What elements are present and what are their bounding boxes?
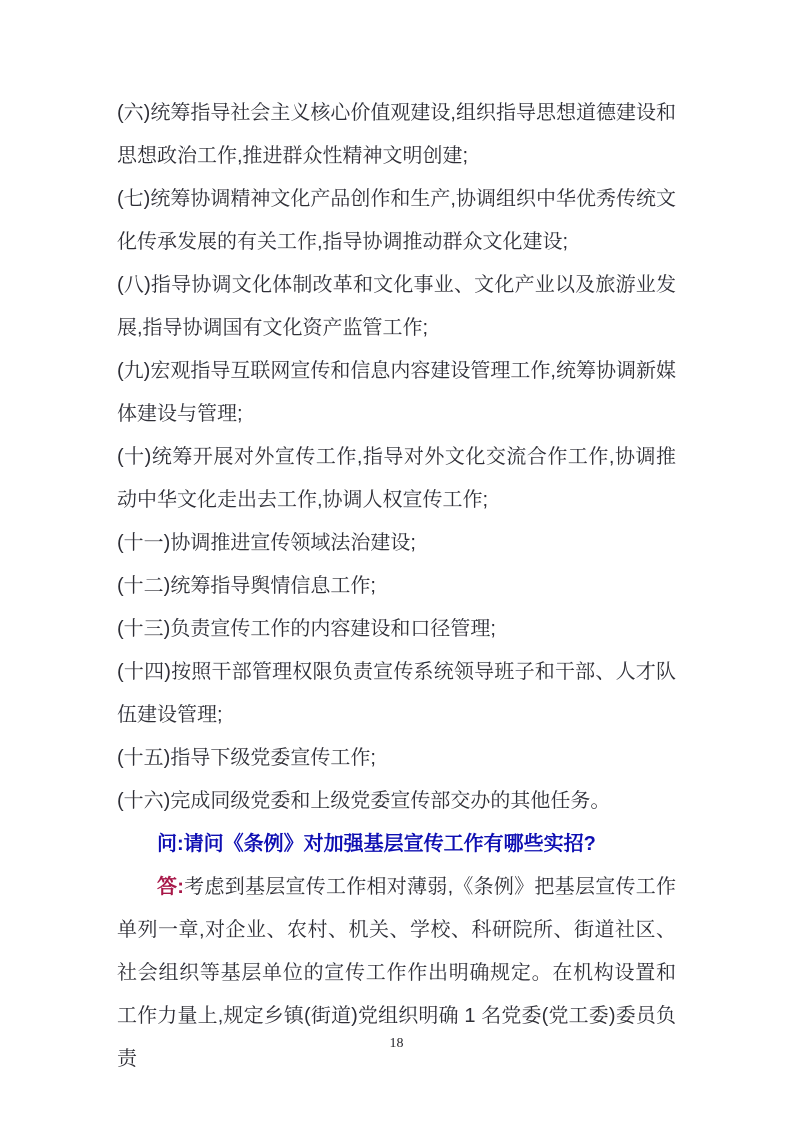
clause-item-16: (十六)完成同级党委和上级党委宣传部交办的其他任务。 bbox=[117, 780, 676, 823]
document-page: (六)统筹指导社会主义核心价值观建设,组织指导思想道德建设和思想政治工作,推进群… bbox=[0, 0, 793, 1122]
document-body: (六)统筹指导社会主义核心价值观建设,组织指导思想道德建设和思想政治工作,推进群… bbox=[117, 92, 676, 1081]
clause-item-8: (八)指导协调文化体制改革和文化事业、文化产业以及旅游业发展,指导协调国有文化资… bbox=[117, 264, 676, 350]
clause-item-15: (十五)指导下级党委宣传工作; bbox=[117, 737, 676, 780]
answer-prefix: 答: bbox=[157, 876, 184, 898]
clause-item-13: (十三)负责宣传工作的内容建设和口径管理; bbox=[117, 608, 676, 651]
question-line: 问:请问《条例》对加强基层宣传工作有哪些实招? bbox=[117, 823, 676, 866]
clause-item-14: (十四)按照干部管理权限负责宣传系统领导班子和干部、人才队伍建设管理; bbox=[117, 651, 676, 737]
clause-item-9: (九)宏观指导互联网宣传和信息内容建设管理工作,统筹协调新媒体建设与管理; bbox=[117, 350, 676, 436]
clause-item-10: (十)统筹开展对外宣传工作,指导对外文化交流合作工作,协调推动中华文化走出去工作… bbox=[117, 436, 676, 522]
clause-item-11: (十一)协调推进宣传领域法治建设; bbox=[117, 522, 676, 565]
question-prefix: 问: bbox=[157, 833, 184, 855]
question-text: 请问《条例》对加强基层宣传工作有哪些实招? bbox=[184, 833, 596, 855]
clause-item-7: (七)统筹协调精神文化产品创作和生产,协调组织中华优秀传统文化传承发展的有关工作… bbox=[117, 178, 676, 264]
page-number: 18 bbox=[0, 1036, 793, 1052]
clause-item-6: (六)统筹指导社会主义核心价值观建设,组织指导思想道德建设和思想政治工作,推进群… bbox=[117, 92, 676, 178]
clause-item-12: (十二)统筹指导舆情信息工作; bbox=[117, 565, 676, 608]
